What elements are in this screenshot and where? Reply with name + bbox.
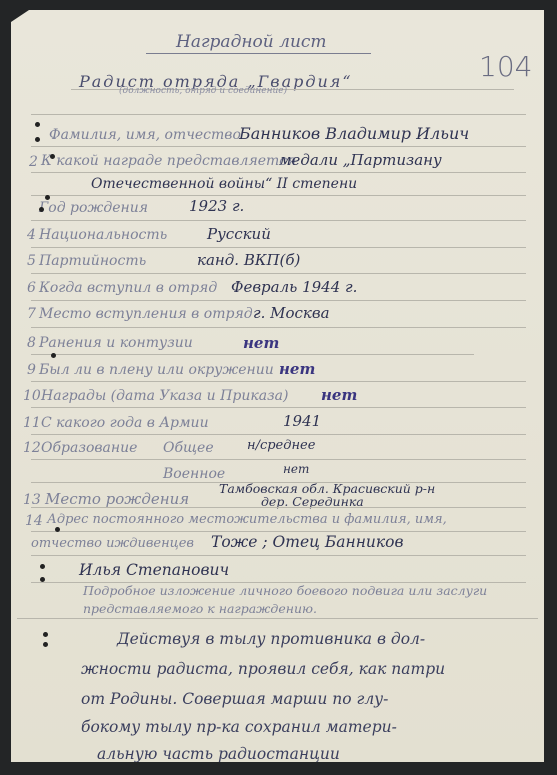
rule bbox=[31, 407, 526, 408]
field-14-value-cont: Илья Степанович bbox=[79, 561, 229, 579]
rule bbox=[31, 273, 526, 274]
binder-hole bbox=[35, 122, 40, 127]
rule bbox=[31, 327, 526, 328]
field-11-label: С какого года в Армии bbox=[41, 415, 209, 431]
position-caption: (должность, отряд и соединение) bbox=[119, 86, 287, 96]
field-12-general-value: н/среднее bbox=[247, 438, 315, 453]
field-7-label: Место вступления в отряд bbox=[39, 306, 253, 322]
field-9-label: Был ли в плену или окружении bbox=[39, 362, 274, 378]
field-12-number: 12 bbox=[23, 440, 41, 456]
field-3-value: 1923 г. bbox=[189, 197, 244, 215]
binder-hole bbox=[40, 564, 45, 569]
binder-hole bbox=[50, 154, 55, 159]
binder-hole bbox=[35, 137, 40, 142]
field-1-value: Банников Владимир Ильич bbox=[239, 124, 469, 143]
field-8-label: Ранения и контузии bbox=[39, 335, 193, 351]
field-2-value-cont: Отечественной войны“ II степени bbox=[91, 176, 357, 192]
rule bbox=[31, 114, 526, 115]
field-12-military-label: Военное bbox=[163, 466, 225, 482]
field-4-label: Национальность bbox=[39, 227, 167, 243]
rule bbox=[31, 146, 526, 147]
narrative-line-4: бокому тылу пр-ка сохранил матери- bbox=[81, 718, 397, 736]
field-14-label-cont: отчество иждивенцев bbox=[31, 536, 194, 551]
page-number: 104 bbox=[479, 50, 532, 83]
award-sheet: Наградной лист 104 Радист отряда „Гварди… bbox=[11, 10, 544, 762]
field-6-value: Февраль 1944 г. bbox=[231, 278, 357, 296]
field-2-number: 2 bbox=[29, 154, 38, 170]
rule bbox=[31, 220, 526, 221]
field-10-value: нет bbox=[321, 386, 357, 404]
field-12-military-value: нет bbox=[283, 462, 309, 476]
field-11-number: 11 bbox=[23, 415, 41, 431]
field-13-label: Место рождения bbox=[45, 490, 189, 508]
rule bbox=[31, 300, 526, 301]
field-4-value: Русский bbox=[207, 225, 271, 243]
narrative-line-1: Действуя в тылу противника в дол- bbox=[117, 630, 425, 648]
field-13-number: 13 bbox=[23, 492, 41, 508]
narrative-line-3: от Родины. Совершая марши по глу- bbox=[81, 690, 388, 708]
field-12-general-label: Общее bbox=[163, 440, 214, 456]
field-9-value: нет bbox=[279, 360, 315, 378]
field-14-label: Адрес постоянного местожительства и фами… bbox=[47, 512, 447, 527]
binder-hole bbox=[51, 353, 56, 358]
field-5-number: 5 bbox=[27, 253, 36, 269]
field-6-label: Когда вступил в отряд bbox=[39, 280, 217, 296]
narrative-line-5: альную часть радиостанции bbox=[97, 745, 340, 763]
binder-hole bbox=[43, 642, 48, 647]
rule bbox=[31, 354, 474, 355]
binder-hole bbox=[39, 207, 44, 212]
rule bbox=[31, 531, 526, 532]
narrative-line-2: жности радиста, проявил себя, как патри bbox=[81, 660, 445, 678]
rule bbox=[31, 434, 526, 435]
field-10-number: 10 bbox=[23, 388, 41, 404]
rule bbox=[31, 555, 526, 556]
field-7-value: г. Москва bbox=[253, 304, 330, 322]
rule bbox=[31, 172, 526, 173]
binder-hole bbox=[55, 527, 60, 532]
field-8-number: 8 bbox=[27, 335, 36, 351]
field-10-label: Награды (дата Указа и Приказа) bbox=[41, 388, 288, 404]
field-1-label: Фамилия, имя, отчество bbox=[49, 127, 241, 143]
field-4-number: 4 bbox=[27, 227, 36, 243]
document-title: Наградной лист bbox=[176, 32, 327, 52]
field-2-value: медали „Партизану bbox=[279, 151, 442, 169]
rule bbox=[31, 381, 526, 382]
field-7-number: 7 bbox=[27, 306, 36, 322]
rule bbox=[31, 507, 526, 508]
field-11-value: 1941 bbox=[283, 412, 321, 430]
field-9-number: 9 bbox=[27, 362, 36, 378]
binder-hole bbox=[43, 632, 48, 637]
rule bbox=[31, 247, 526, 248]
field-3-label: Год рождения bbox=[39, 200, 148, 216]
rule bbox=[31, 459, 526, 460]
narrative-caption: Подробное изложение личного боевого подв… bbox=[83, 582, 503, 618]
binder-hole bbox=[40, 577, 45, 582]
field-8-value: нет bbox=[243, 334, 279, 352]
field-5-value: канд. ВКП(б) bbox=[197, 251, 300, 269]
field-2-label: К какой награде представляется bbox=[41, 153, 296, 169]
rule bbox=[31, 195, 526, 196]
field-12-label: Образование bbox=[41, 440, 137, 456]
title-underline bbox=[146, 53, 371, 54]
field-6-number: 6 bbox=[27, 280, 36, 296]
field-14-value: Тоже ; Отец Банников bbox=[211, 533, 404, 551]
field-5-label: Партийность bbox=[39, 253, 146, 269]
field-14-number: 14 bbox=[25, 513, 43, 529]
binder-hole bbox=[45, 195, 50, 200]
rule bbox=[17, 618, 538, 619]
